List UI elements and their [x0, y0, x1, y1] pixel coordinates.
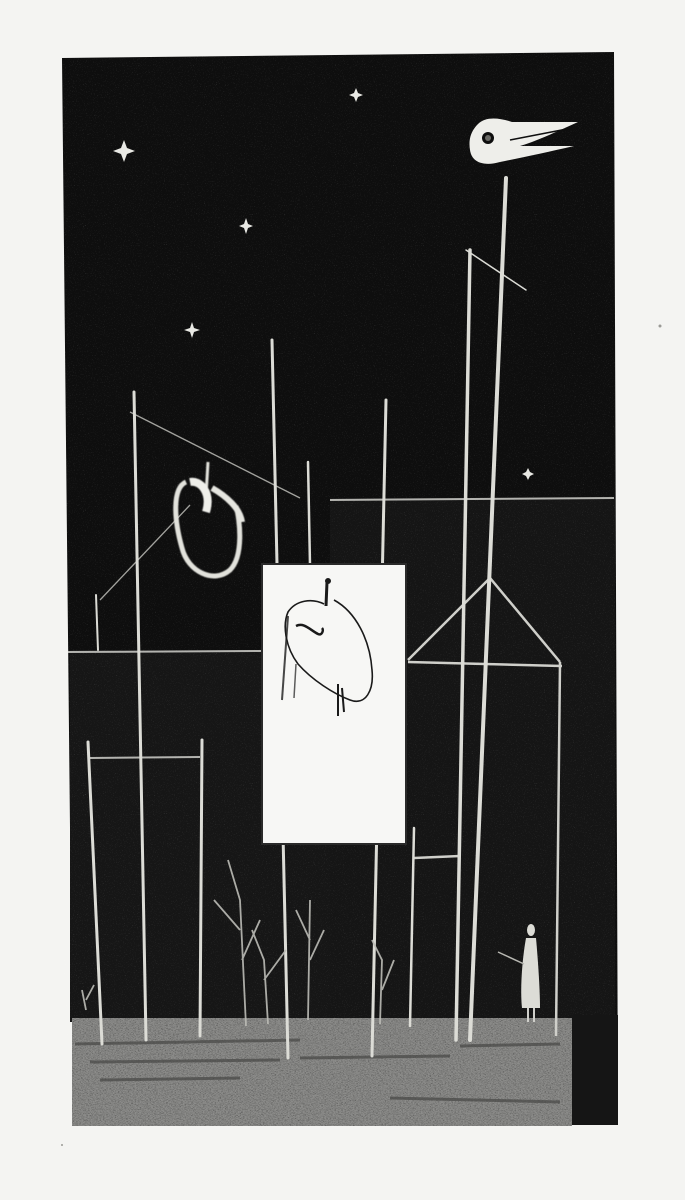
- banner: [262, 564, 406, 844]
- artwork-scene: [0, 0, 685, 1200]
- plate-right-strip: [572, 1015, 618, 1125]
